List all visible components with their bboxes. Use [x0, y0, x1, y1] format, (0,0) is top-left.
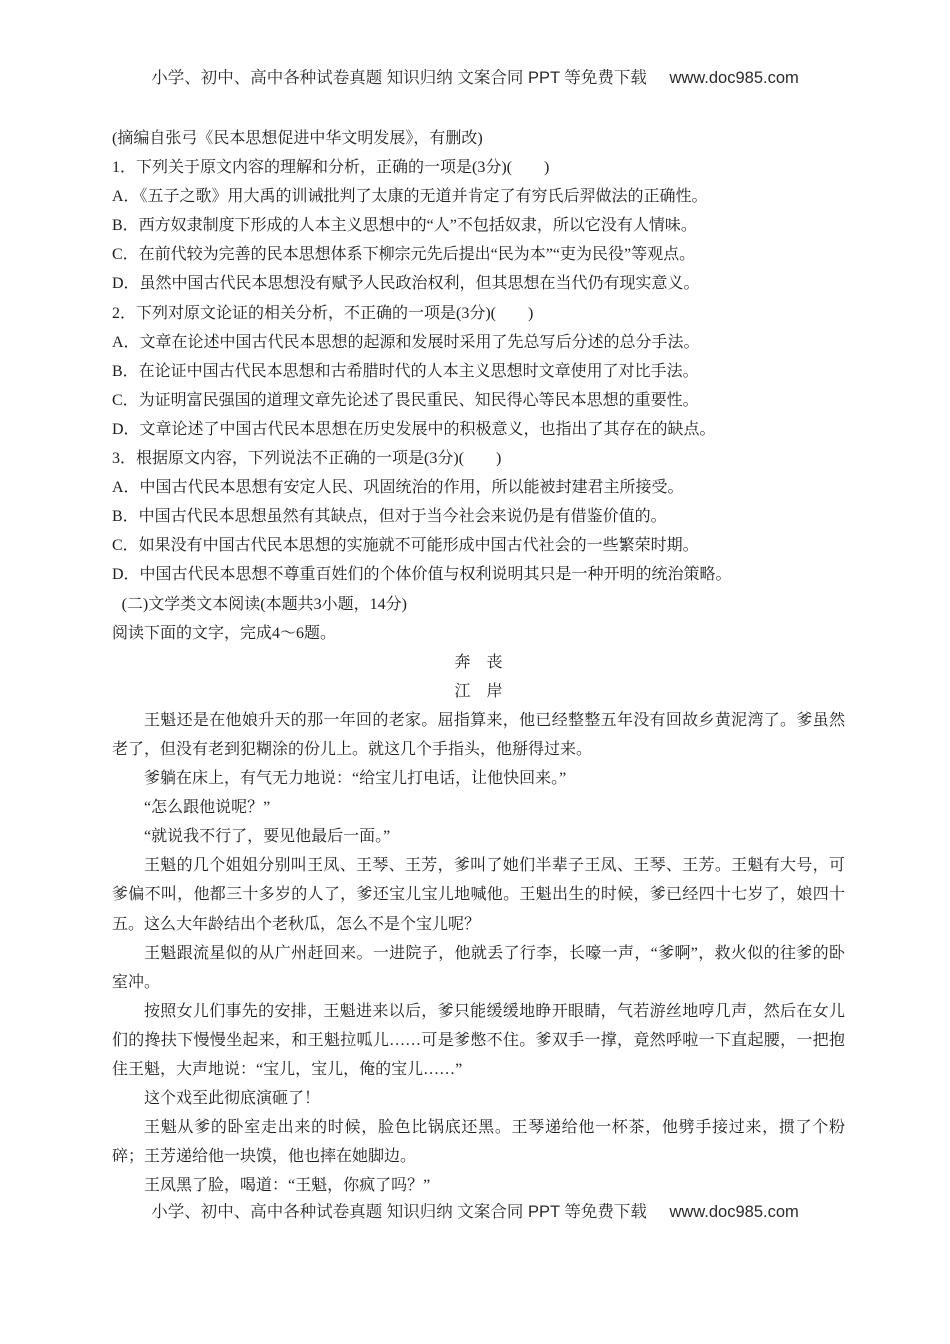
question-2-option-A: A．文章在论述中国古代民本思想的起源和发展时采用了先总写后分述的总分手法。 — [112, 328, 845, 357]
question-stem-2: 2．下列对原文论证的相关分析，不正确的一项是(3分)( ) — [112, 299, 845, 328]
question-3-option-D: D．中国古代民本思想不尊重百姓们的个体价值与权利说明其只是一种开明的统治策略。 — [112, 560, 845, 589]
question-stem-1: 1．下列关于原文内容的理解和分析，正确的一项是(3分)( ) — [112, 153, 845, 182]
story-paragraph-3: “怎么跟他说呢？” — [112, 793, 845, 822]
story-title: 奔 丧 — [112, 648, 845, 677]
footer-promo-text: 小学、初中、高中各种试卷真题 知识归纳 文案合同 PPT 等免费下载 — [151, 1203, 647, 1221]
question-3-option-C: C．如果没有中国古代民本思想的实施就不可能形成中国古代社会的一些繁荣时期。 — [112, 531, 845, 560]
section-heading: (二)文学类文本阅读(本题共3小题，14分) — [112, 590, 845, 619]
footer-site-url: www.doc985.com — [669, 1203, 798, 1221]
question-1-option-B: B．西方奴隶制度下形成的人本主义思想中的“人”不包括奴隶，所以它没有人情味。 — [112, 211, 845, 240]
story-paragraph-9: 王魁从爹的卧室走出来的时候，脸色比锅底还黑。王琴递给他一杯茶，他劈手接过来，掼了… — [112, 1113, 845, 1171]
questions-block: 1．下列关于原文内容的理解和分析，正确的一项是(3分)( )A．《五子之歌》用大… — [112, 153, 845, 589]
question-2-option-C: C．为证明富民强国的道理文章先论述了畏民重民、知民得心等民本思想的重要性。 — [112, 386, 845, 415]
header-site-url: www.doc985.com — [669, 69, 798, 87]
story-paragraphs: 王魁还是在他娘升天的那一年回的老家。屈指算来，他已经整整五年没有回故乡黄泥湾了。… — [112, 706, 845, 1201]
question-2-option-B: B．在论证中国古代民本思想和古希腊时代的人本主义思想时文章使用了对比手法。 — [112, 357, 845, 386]
source-note: (摘编自张弓《民本思想促进中华文明发展》，有删改) — [112, 124, 845, 153]
story-paragraph-7: 按照女儿们事先的安排，王魁进来以后，爹只能缓缓地睁开眼睛，气若游丝地哼几声，然后… — [112, 997, 845, 1084]
header-banner: 小学、初中、高中各种试卷真题 知识归纳 文案合同 PPT 等免费下载 www.d… — [0, 64, 950, 88]
story-paragraph-2: 爹躺在床上，有气无力地说：“给宝儿打电话，让他快回来。” — [112, 764, 845, 793]
story-paragraph-1: 王魁还是在他娘升天的那一年回的老家。屈指算来，他已经整整五年没有回故乡黄泥湾了。… — [112, 706, 845, 764]
footer-banner: 小学、初中、高中各种试卷真题 知识归纳 文案合同 PPT 等免费下载 www.d… — [0, 1198, 950, 1222]
question-3-option-B: B．中国古代民本思想虽然有其缺点，但对于当今社会来说仍是有借鉴价值的。 — [112, 502, 845, 531]
question-stem-3: 3．根据原文内容，下列说法不正确的一项是(3分)( ) — [112, 444, 845, 473]
reading-instruction: 阅读下面的文字，完成4～6题。 — [112, 619, 845, 648]
story-paragraph-10: 王凤黑了脸，喝道：“王魁，你疯了吗？” — [112, 1171, 845, 1200]
story-paragraph-8: 这个戏至此彻底演砸了！ — [112, 1084, 845, 1113]
question-2-option-D: D．文章论述了中国古代民本思想在历史发展中的积极意义，也指出了其存在的缺点。 — [112, 415, 845, 444]
story-paragraph-6: 王魁跟流星似的从广州赶回来。一进院子，他就丢了行李，长嚎一声，“爹啊”，救火似的… — [112, 939, 845, 997]
story-paragraph-4: “就说我不行了，要见他最后一面。” — [112, 822, 845, 851]
exam-page: 小学、初中、高中各种试卷真题 知识归纳 文案合同 PPT 等免费下载 www.d… — [0, 0, 950, 1344]
question-1-option-A: A．《五子之歌》用大禹的训诫批判了太康的无道并肯定了有穷氏后羿做法的正确性。 — [112, 182, 845, 211]
story-author: 江 岸 — [112, 677, 845, 706]
story-paragraph-5: 王魁的几个姐姐分别叫王凤、王琴、王芳，爹叫了她们半辈子王凤、王琴、王芳。王魁有大… — [112, 851, 845, 938]
document-body: (摘编自张弓《民本思想促进中华文明发展》，有删改) 1．下列关于原文内容的理解和… — [112, 124, 845, 1200]
question-1-option-C: C．在前代较为完善的民本思想体系下柳宗元先后提出“民为本”“吏为民役”等观点。 — [112, 240, 845, 269]
header-promo-text: 小学、初中、高中各种试卷真题 知识归纳 文案合同 PPT 等免费下载 — [151, 69, 647, 87]
question-3-option-A: A．中国古代民本思想有安定人民、巩固统治的作用，所以能被封建君主所接受。 — [112, 473, 845, 502]
question-1-option-D: D．虽然中国古代民本思想没有赋予人民政治权利，但其思想在当代仍有现实意义。 — [112, 269, 845, 298]
